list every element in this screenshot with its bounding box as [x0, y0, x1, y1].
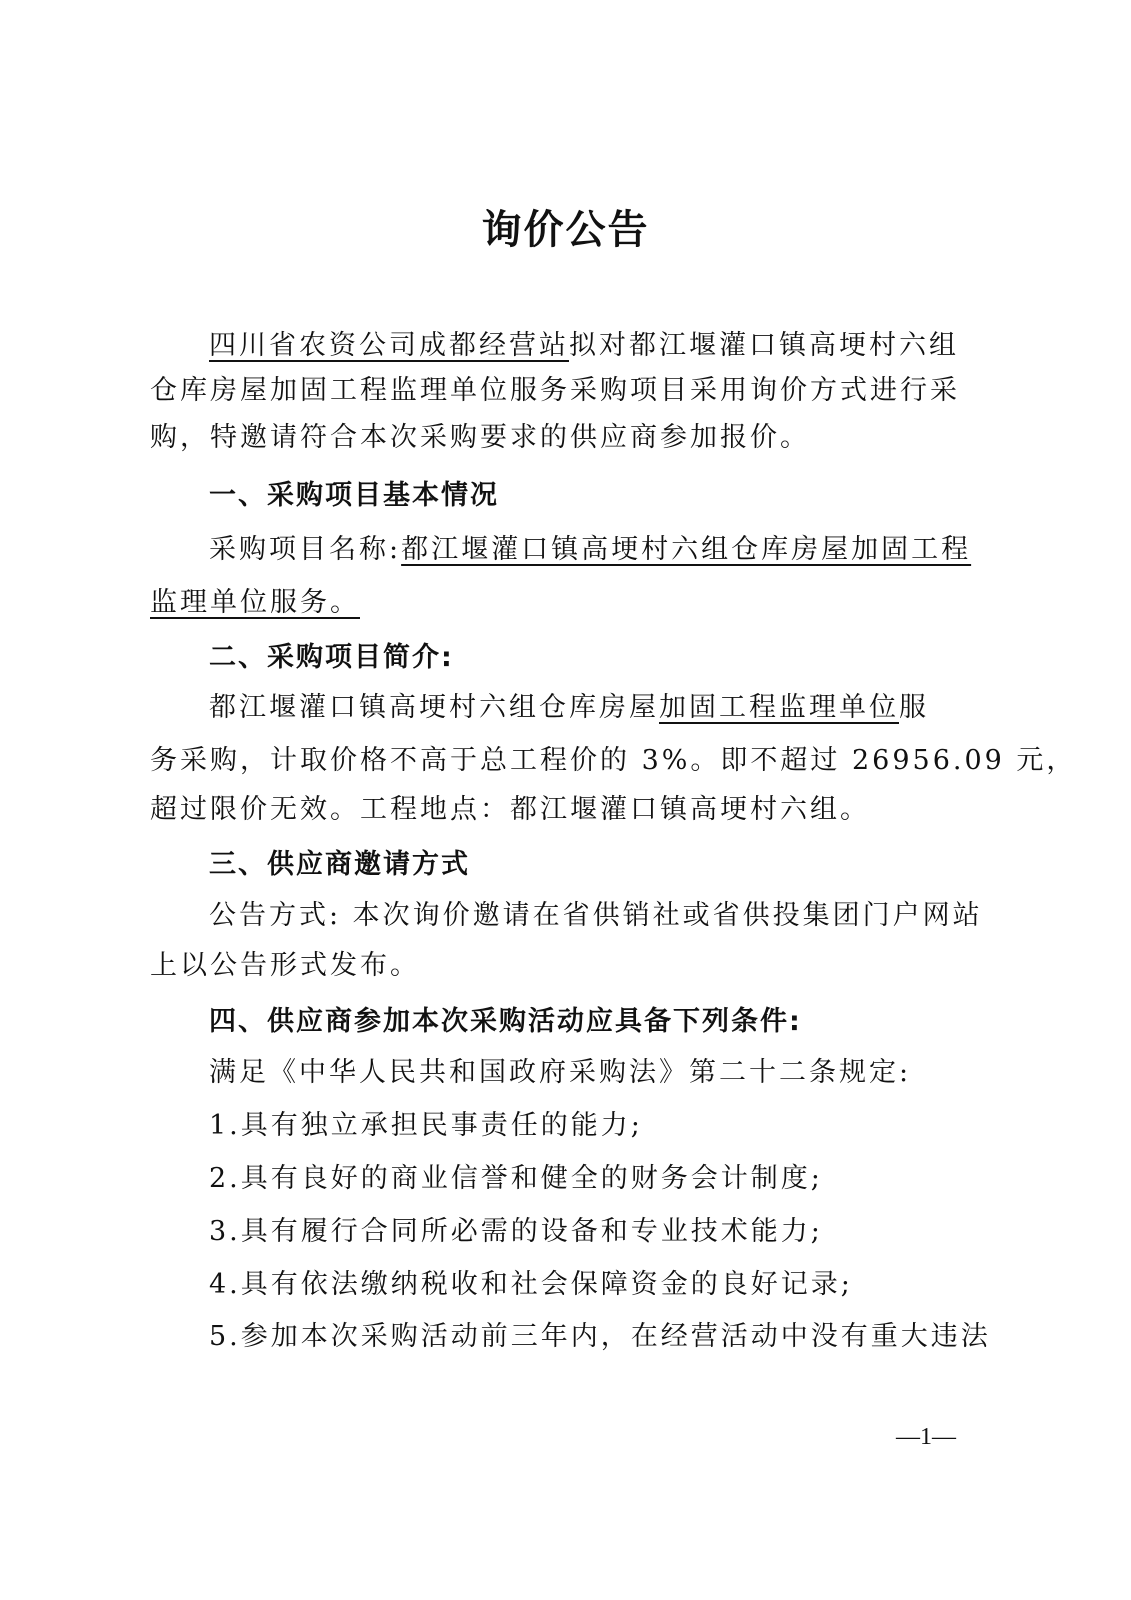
page-number: —1—	[896, 1424, 956, 1451]
condition-item: 4.具有依法缴纳税收和社会保障资金的良好记录;	[209, 1267, 1039, 1303]
section3-heading: 三、供应商邀请方式	[209, 847, 1039, 883]
condition-item: 2.具有良好的商业信誉和健全的财务会计制度;	[209, 1161, 1039, 1197]
condition-item: 3.具有履行合同所必需的设备和专业技术能力;	[209, 1214, 1039, 1250]
section2-line-3: 超过限价无效。工程地点：都江堰灌口镇高埂村六组。	[150, 792, 980, 828]
project-name-value: 都江堰灌口镇高埂村六组仓库房屋加固工程	[401, 534, 971, 565]
condition-item: 1.具有独立承担民事责任的能力;	[209, 1108, 1039, 1144]
section2-text-end: 服	[899, 692, 929, 723]
intro-line-2: 仓库房屋加固工程监理单位服务采购项目采用询价方式进行采	[150, 373, 980, 409]
document-title: 询价公告	[0, 198, 1131, 255]
section1-project-name-cont: 监理单位服务。	[150, 585, 980, 621]
section2-heading: 二、采购项目简介:	[209, 640, 1039, 676]
section3-line-1: 公告方式: 本次询价邀请在省供销社或省供投集团门户网站	[209, 898, 1039, 934]
project-name-value-cont: 监理单位服务。	[150, 587, 360, 618]
section2-text: 都江堰灌口镇高埂村六组仓库房屋	[209, 692, 659, 723]
section4-lead: 满足《中华人民共和国政府采购法》第二十二条规定:	[209, 1055, 1039, 1091]
project-name-label: 采购项目名称:	[209, 534, 401, 565]
section2-line-2: 务采购，计取价格不高于总工程价的 3%。即不超过 26956.09 元，	[150, 743, 980, 779]
organization-name: 四川省农资公司成都经营站	[209, 330, 569, 361]
section2-underlined: 加固工程监理单位	[659, 692, 899, 723]
section3-line-2: 上以公告形式发布。	[150, 948, 980, 984]
section1-heading: 一、采购项目基本情况	[209, 478, 1039, 514]
section1-project-name: 采购项目名称:都江堰灌口镇高埂村六组仓库房屋加固工程	[209, 532, 1039, 568]
intro-text: 拟对都江堰灌口镇高埂村六组	[569, 330, 959, 361]
section4-heading: 四、供应商参加本次采购活动应具备下列条件:	[209, 1004, 1039, 1040]
intro-line-1: 四川省农资公司成都经营站拟对都江堰灌口镇高埂村六组	[209, 328, 1039, 364]
condition-item: 5.参加本次采购活动前三年内，在经营活动中没有重大违法	[209, 1319, 1039, 1355]
intro-line-3: 购，特邀请符合本次采购要求的供应商参加报价。	[150, 420, 980, 456]
section2-line-1: 都江堰灌口镇高埂村六组仓库房屋加固工程监理单位服	[209, 690, 1039, 726]
